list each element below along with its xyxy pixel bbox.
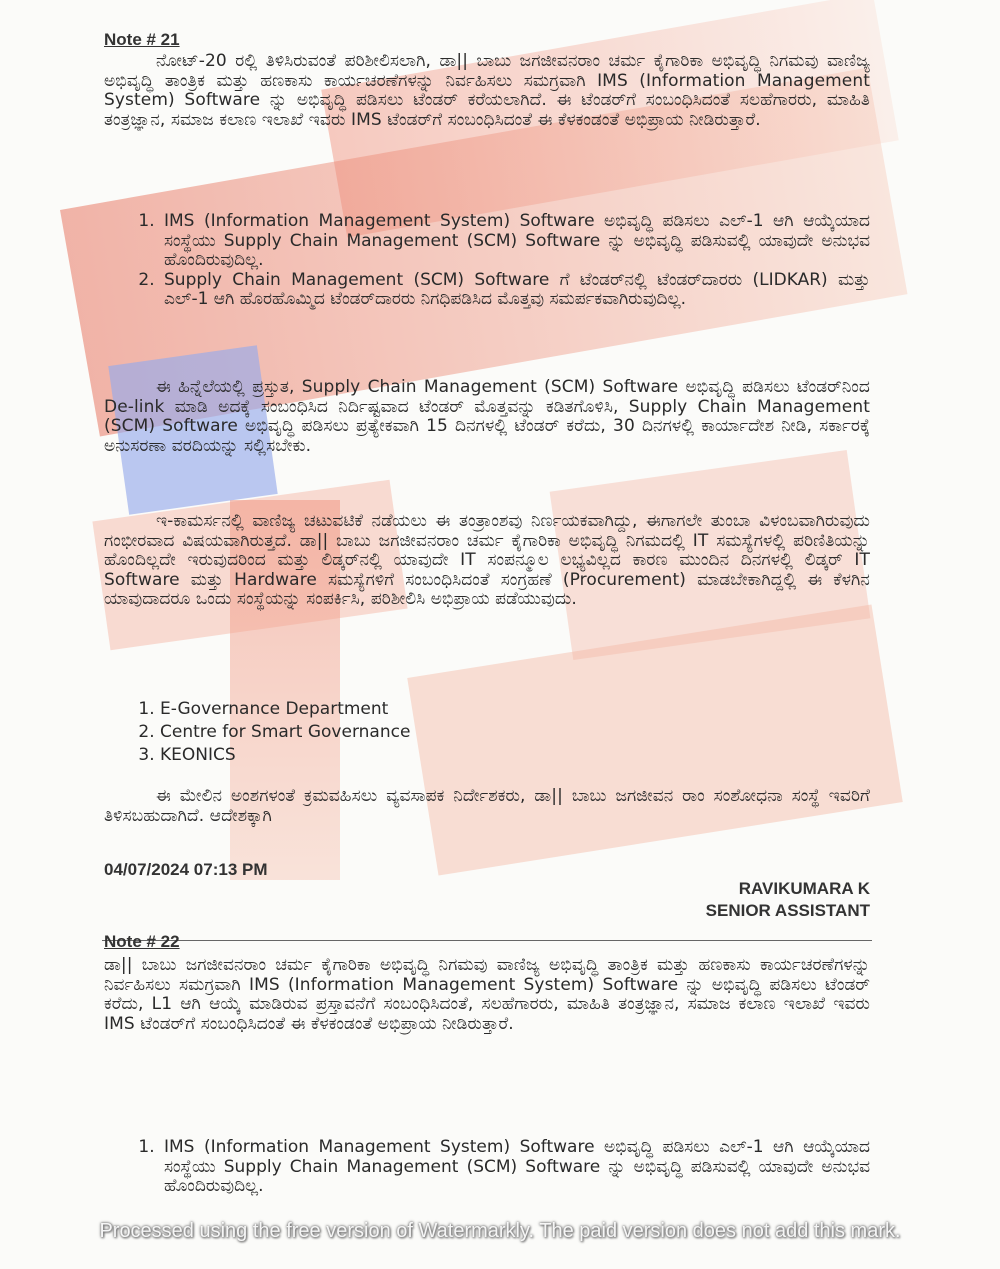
note-22-intro: ಡಾ|| ಬಾಬು ಜಗಜೀವನರಾಂ ಚರ್ಮ ಕೈಗಾರಿಕಾ ಅಭಿವೃದ… — [104, 956, 870, 1034]
note-22: Note # 22 ಡಾ|| ಬಾಬು ಜಗಜೀವನರಾಂ ಚರ್ಮ ಕೈಗಾರ… — [104, 932, 870, 1034]
note-22-points: IMS (Information Management System) Soft… — [104, 1138, 870, 1197]
list-item: KEONICS — [160, 744, 870, 767]
note-21-para2: ಈ ಹಿನ್ನೆಲೆಯಲ್ಲಿ ಪ್ರಸ್ತುತ, Supply Chain M… — [104, 378, 870, 456]
note-21-intro: ನೋಟ್-20 ರಲ್ಲಿ ತಿಳಿಸಿರುವಂತೆ ಪರಿಶೀಲಿಸಲಾಗಿ,… — [104, 52, 870, 130]
list-item: Supply Chain Management (SCM) Software ಗ… — [160, 271, 870, 310]
list-item: E-Governance Department — [160, 698, 870, 721]
note-21-points: IMS (Information Management System) Soft… — [104, 212, 870, 310]
signature-block: RAVIKUMARA K SENIOR ASSISTANT — [104, 878, 870, 922]
list-item: IMS (Information Management System) Soft… — [160, 212, 870, 271]
note-21: Note # 21 ನೋಟ್-20 ರಲ್ಲಿ ತಿಳಿಸಿರುವಂತೆ ಪರಿ… — [104, 30, 870, 130]
note-21-timestamp-block: 04/07/2024 07:13 PM — [104, 860, 870, 880]
organisation-list: E-Governance Department Centre for Smart… — [104, 698, 870, 767]
note-21-para3: ಇ-ಕಾಮರ್ಸನಲ್ಲಿ ವಾಣಿಜ್ಯ ಚಟುವಟಿಕೆ ನಡೆಯಲು ಈ … — [104, 512, 870, 610]
signatory-name: RAVIKUMARA K — [104, 878, 870, 900]
timestamp: 04/07/2024 07:13 PM — [104, 860, 870, 880]
list-item: IMS (Information Management System) Soft… — [160, 1138, 870, 1197]
list-item: Centre for Smart Governance — [160, 721, 870, 744]
watermark-text: Processed using the free version of Wate… — [0, 1220, 1000, 1243]
note-21-para4: ಈ ಮೇಲಿನ ಅಂಶಗಳಂತೆ ಕ್ರಮವಹಿಸಲು ವ್ಯವಸಾಪಕ ನಿರ… — [104, 787, 870, 826]
note-22-heading: Note # 22 — [104, 932, 870, 952]
signatory-title: SENIOR ASSISTANT — [104, 900, 870, 922]
note-21-heading: Note # 21 — [104, 30, 870, 50]
